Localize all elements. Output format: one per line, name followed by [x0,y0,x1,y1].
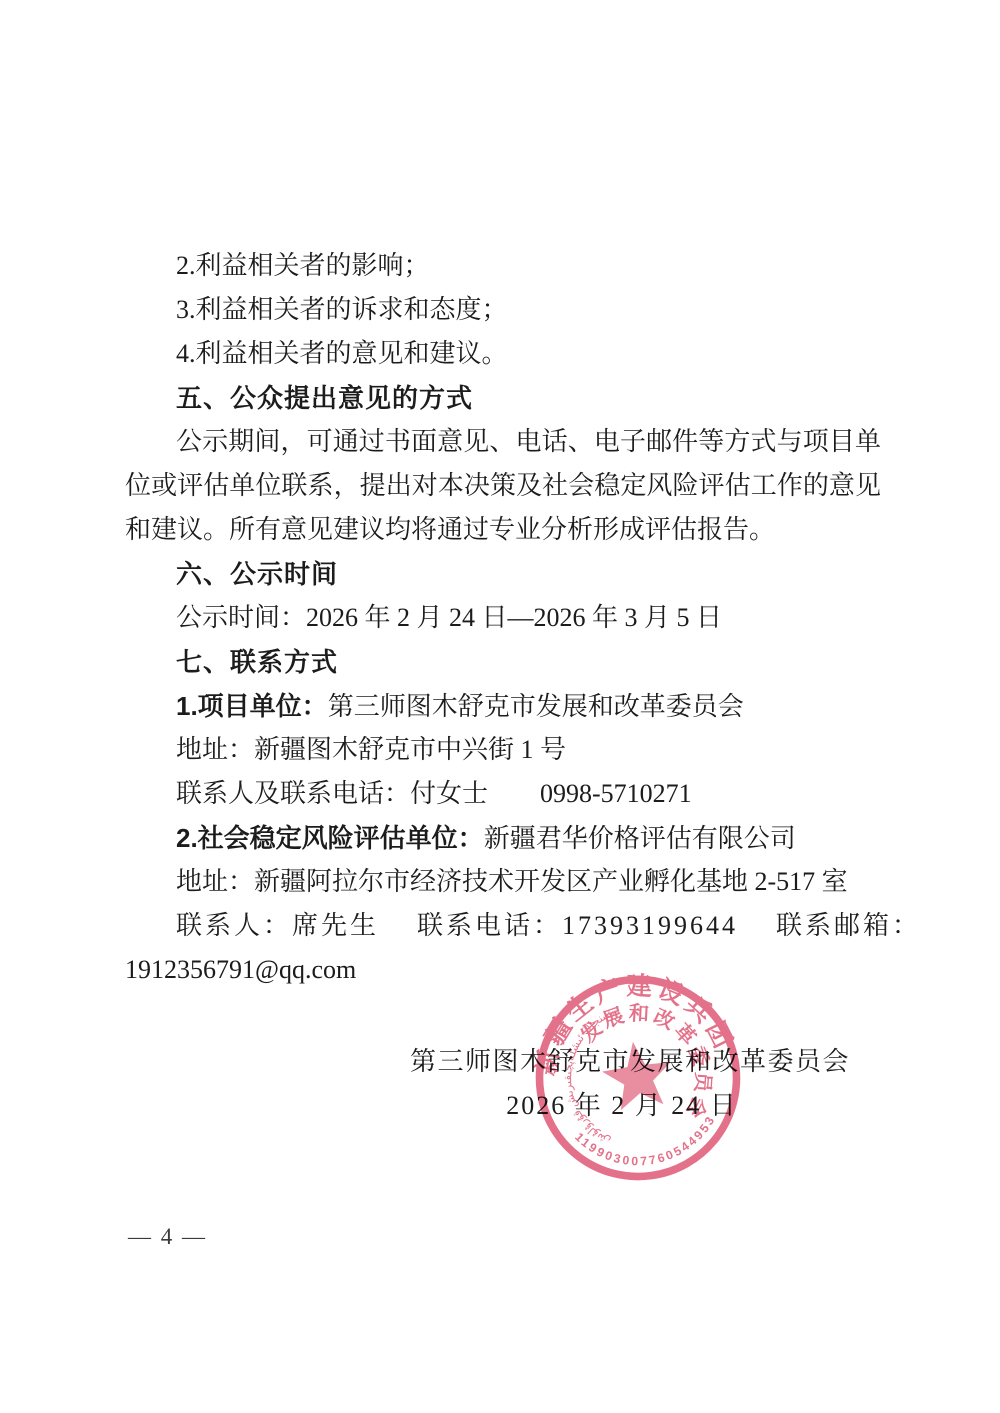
section-7-heading: 七、联系方式 [125,640,881,684]
project-unit-value: 第三师图木舒克市发展和改革委员会 [328,692,744,721]
official-seal: 新疆生产建设兵团 شىنجاڭ ئىشلەپچىقىرىش قۇرۇلۇش 发展… [506,946,770,1210]
seal-star-icon [599,1037,677,1112]
assess-address-line: 地址：新疆阿拉尔市经济技术开发区产业孵化基地 2-517 室 [125,860,881,904]
project-unit-label: 1.项目单位： [176,691,328,721]
project-address-line: 地址：新疆图木舒克市中兴街 1 号 [125,728,881,772]
official-seal-graphic: 新疆生产建设兵团 شىنجاڭ ئىشلەپچىقىرىش قۇرۇلۇش 发展… [506,946,770,1210]
assess-unit-label: 2.社会稳定风险评估单位： [176,823,484,853]
list-item: 3.利益相关者的诉求和态度； [125,288,881,332]
document-body: 2.利益相关者的影响； 3.利益相关者的诉求和态度； 4.利益相关者的意见和建议… [125,244,881,992]
list-item: 2.利益相关者的影响； [125,244,881,288]
assess-contact-line: 联系人：席先生 联系电话：17393199644 联系邮箱： [125,904,881,948]
project-contact-line: 联系人及联系电话：付女士 0998-5710271 [125,772,881,816]
assess-unit-value: 新疆君华价格评估有限公司 [484,824,796,853]
publicity-time-line: 公示时间：2026 年 2 月 24 日—2026 年 3 月 5 日 [125,596,881,640]
assess-unit-line: 2.社会稳定风险评估单位：新疆君华价格评估有限公司 [125,816,881,860]
list-item: 4.利益相关者的意见和建议。 [125,332,881,376]
document-page: 2.利益相关者的影响； 3.利益相关者的诉求和态度； 4.利益相关者的意见和建议… [0,0,1000,1413]
section-5-heading: 五、公众提出意见的方式 [125,376,881,420]
section-5-paragraph: 公示期间，可通过书面意见、电话、电子邮件等方式与项目单位或评估单位联系，提出对本… [125,420,881,552]
page-number: — 4 — [128,1222,207,1252]
section-6-heading: 六、公示时间 [125,552,881,596]
project-unit-line: 1.项目单位：第三师图木舒克市发展和改革委员会 [125,684,881,728]
